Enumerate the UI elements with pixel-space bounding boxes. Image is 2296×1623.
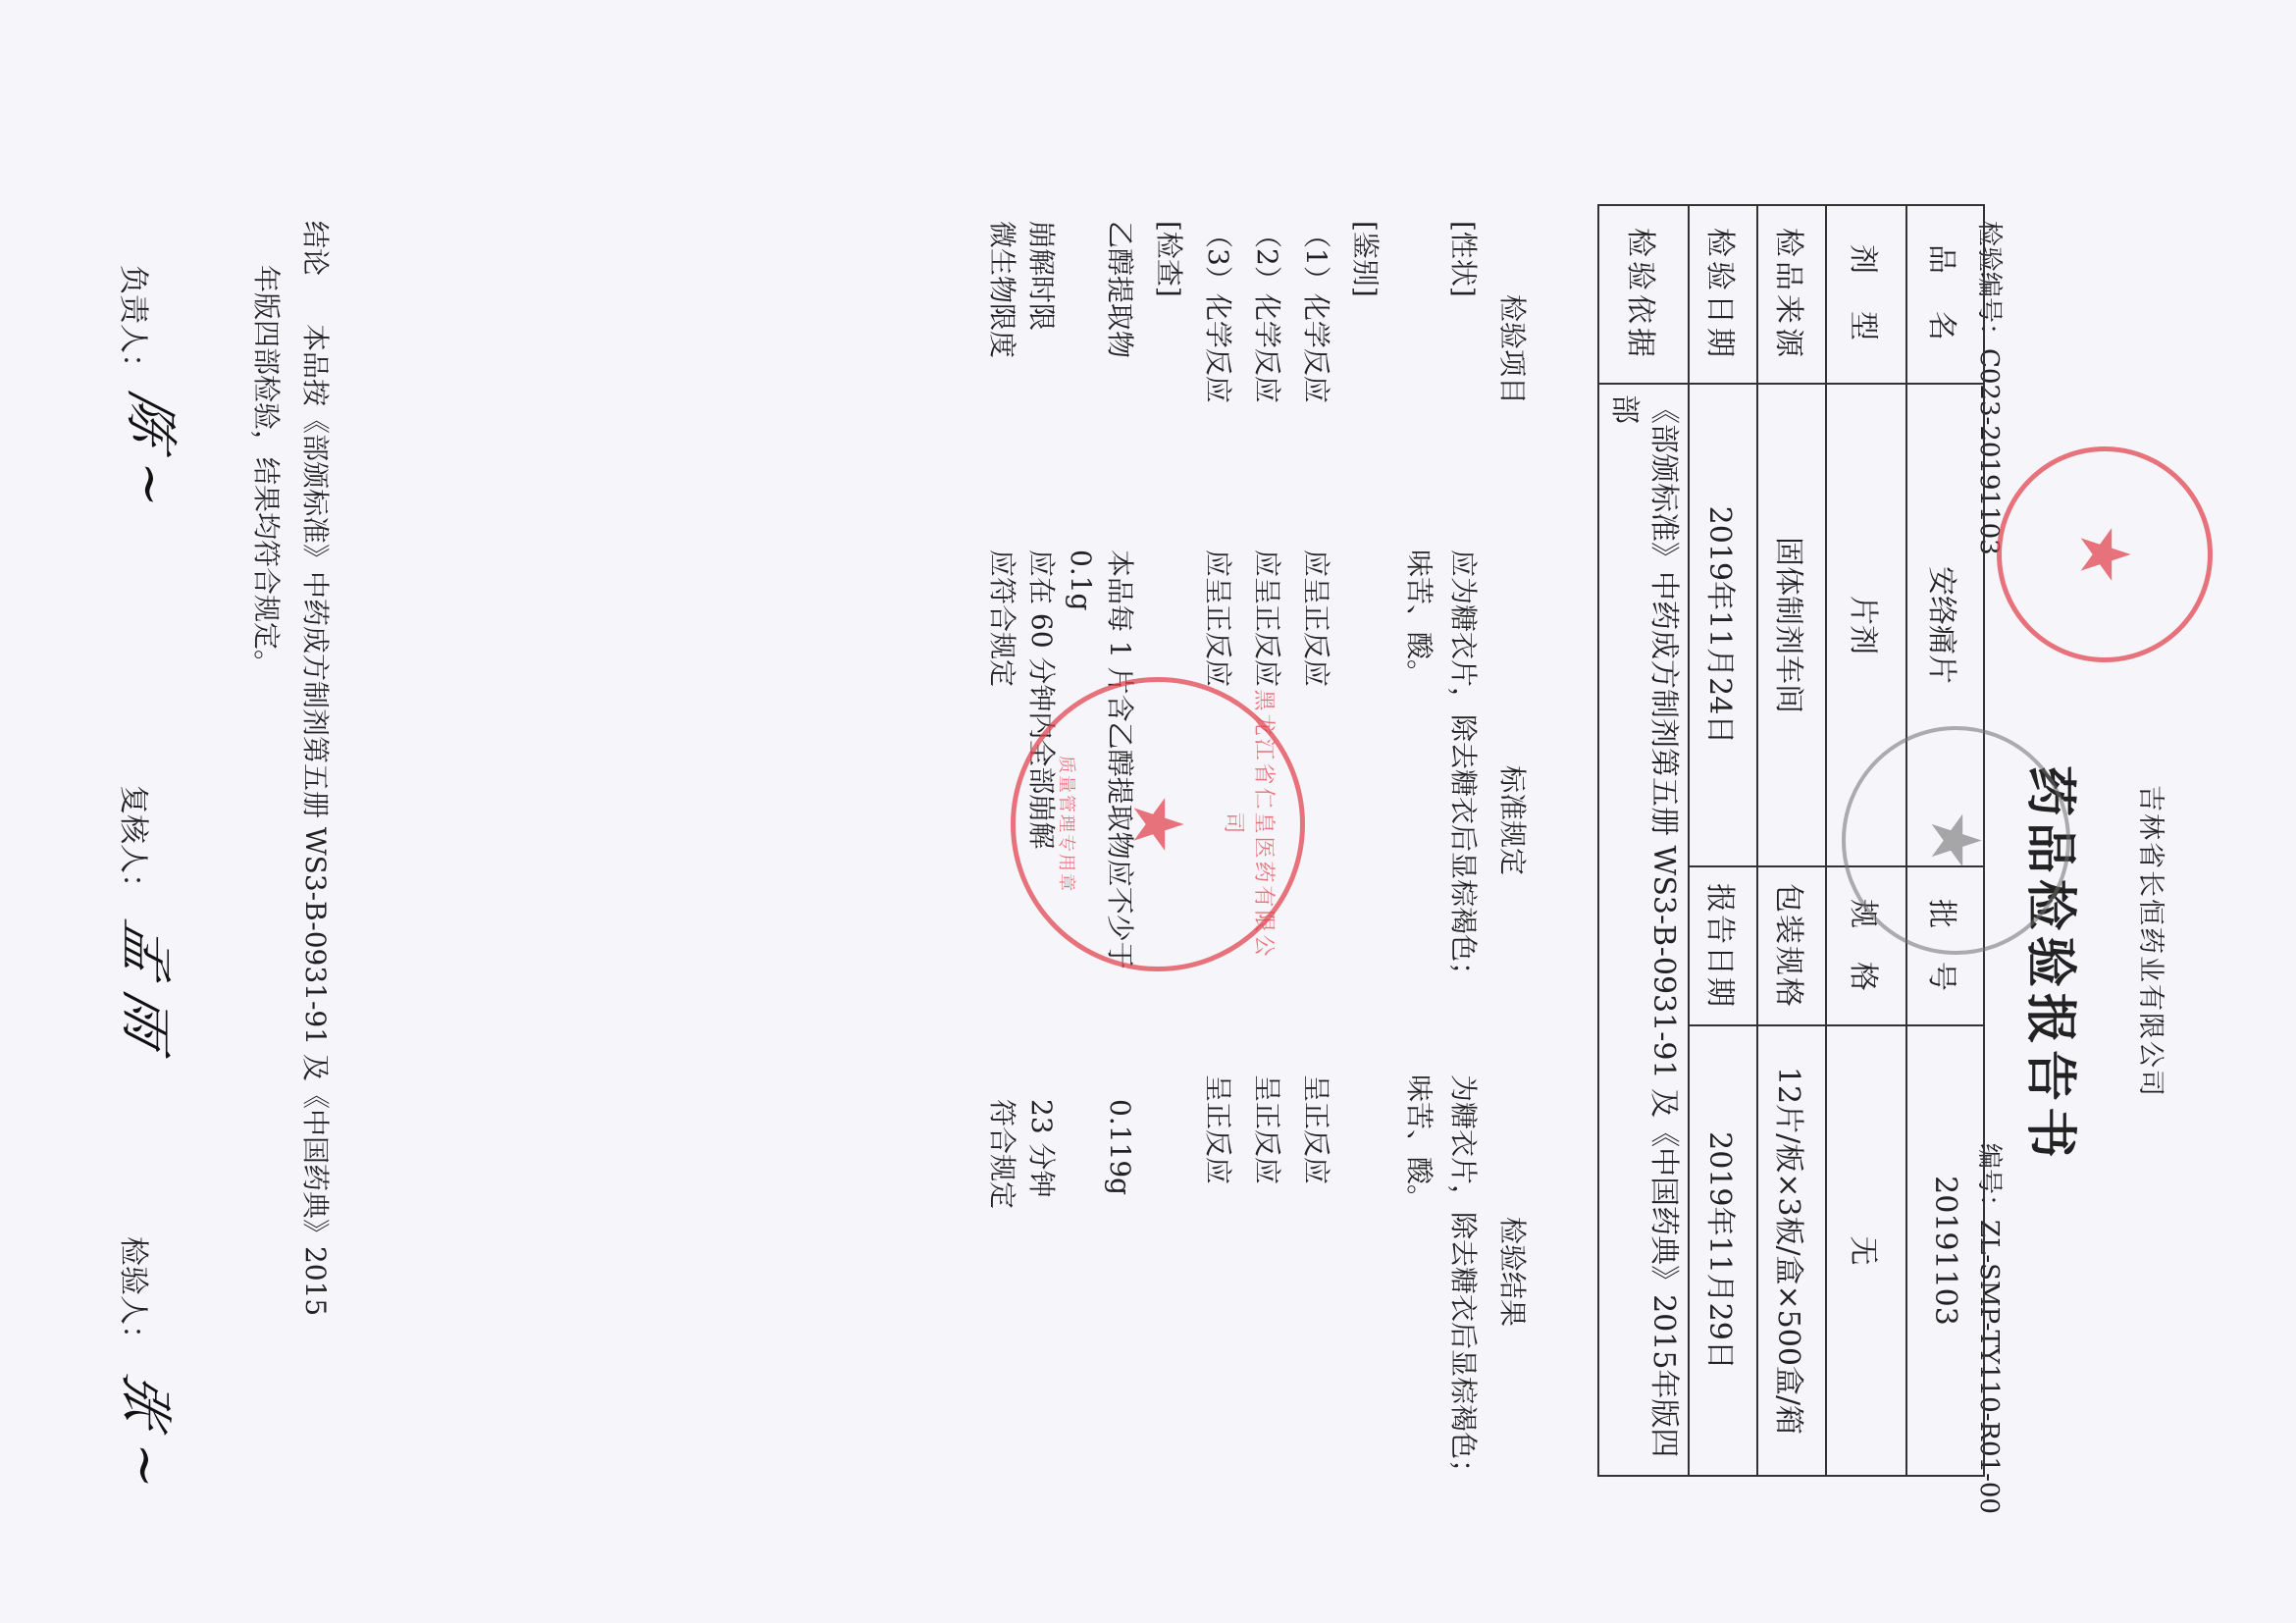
section-heading-identification: [鉴别] [1351, 221, 1379, 297]
source-label: 检品来源 [1757, 205, 1826, 384]
appearance-standard-line1: 应为糖衣片，除去糖衣后显棕褐色； [1449, 550, 1477, 989]
identification-item-1: （1）化学反应 [1302, 221, 1330, 403]
reviewer-signature: 孟 雨 [119, 916, 172, 1053]
conclusion-line1: 本品按《部颁标准》中药成方制剂第五册 WS3-B-0931-91 及《中国药典》… [301, 324, 329, 1316]
ethanol-result: 0.119g [1106, 1099, 1133, 1195]
company-name: 吉林省长恒药业有限公司 [2137, 785, 2164, 1098]
dosage-form-label: 剂 型 [1826, 205, 1906, 384]
inspector-signature: 张 ~ [119, 1367, 172, 1495]
packaging-value: 12片/板×3板/盒×500盒/箱 [1757, 1025, 1826, 1476]
identification-standard-3: 应呈正反应 [1204, 550, 1231, 687]
table-row: 检品来源 固体制剂车间 包装规格 12片/板×3板/盒×500盒/箱 [1757, 205, 1826, 1476]
packaging-label: 包装规格 [1757, 866, 1826, 1025]
identification-standard-1: 应呈正反应 [1302, 550, 1330, 687]
microbial-standard: 应符合规定 [988, 550, 1016, 687]
inspection-item-ethanol: 乙醇提取物 [1106, 221, 1133, 358]
report-date-label: 报告日期 [1689, 866, 1757, 1025]
source-value: 固体制剂车间 [1757, 384, 1826, 866]
star-icon: ★ [1922, 810, 1991, 871]
responsible-label: 负责人： [118, 265, 147, 383]
identification-result-2: 呈正反应 [1253, 1074, 1280, 1184]
column-header-result: 检验结果 [1498, 1217, 1526, 1327]
inspection-item-microbial: 微生物限度 [988, 221, 1016, 358]
report-date-value: 2019年11月29日 [1689, 1025, 1757, 1476]
table-row: 检验日期 2019年11月24日 报告日期 2019年11月29日 [1689, 205, 1757, 1476]
company-red-stamp: ★ [1997, 446, 2213, 662]
basis-value: 《部颁标准》中药成方制剂第五册 WS3-B-0931-91 及《中国药典》201… [1598, 384, 1689, 1476]
identification-item-3: （3）化学反应 [1204, 221, 1231, 403]
star-icon: ★ [1123, 794, 1192, 856]
ethanol-standard-line2: 0.1g [1067, 550, 1094, 610]
basis-label: 检验依据 [1598, 205, 1689, 384]
batch-value: 20191103 [1906, 1025, 1984, 1476]
company-gray-stamp: ★ [1842, 726, 2070, 955]
inspector-label: 检验人： [118, 1236, 147, 1354]
star-icon: ★ [2070, 524, 2139, 586]
section-heading-appearance: [性状] [1449, 221, 1477, 297]
identification-result-1: 呈正反应 [1302, 1074, 1330, 1184]
column-header-item: 检验项目 [1498, 294, 1526, 404]
identification-standard-2: 应呈正反应 [1253, 550, 1280, 687]
responsible-signature: 陈 ~ [124, 386, 177, 514]
disintegration-result: 23 分钟 [1027, 1099, 1055, 1198]
stamp-inner-text: 质量管理专用章 [1055, 682, 1080, 967]
microbial-result: 符合规定 [988, 1099, 1016, 1209]
appearance-standard-line2: 味苦、酸。 [1405, 550, 1433, 687]
quality-management-stamp: 黑龙江省仁皇医药有限公司 ★ 质量管理专用章 [1011, 677, 1305, 971]
test-date-label: 检验日期 [1689, 205, 1757, 384]
test-date-value: 2019年11月24日 [1689, 384, 1757, 866]
appearance-result-line1: 为糖衣片，除去糖衣后显棕褐色； [1449, 1074, 1477, 1487]
identification-item-2: （2）化学反应 [1253, 221, 1280, 403]
identification-result-3: 呈正反应 [1204, 1074, 1231, 1184]
inspection-report-page: 吉林省长恒药业有限公司 药品检验报告书 检验编号：C023-20191103 编… [0, 0, 2296, 1623]
scanned-document-viewport: 吉林省长恒药业有限公司 药品检验报告书 检验编号：C023-20191103 编… [0, 0, 2296, 1623]
appearance-result-line2: 味苦、酸。 [1405, 1074, 1433, 1212]
reviewer-label: 复核人： [118, 785, 147, 903]
section-heading-inspection: [检查] [1155, 221, 1182, 297]
stamp-ring-text: 黑龙江省仁皇医药有限公司 [1220, 682, 1280, 967]
inspection-item-disintegration: 崩解时限 [1027, 221, 1055, 331]
conclusion-line2: 年版四部检验，结果均符合规定。 [252, 265, 280, 677]
spec-value: 无 [1826, 1025, 1906, 1476]
product-name-label: 品 名 [1906, 205, 1984, 384]
conclusion-label: 结论 [301, 221, 329, 276]
table-row: 检验依据 《部颁标准》中药成方制剂第五册 WS3-B-0931-91 及《中国药… [1598, 205, 1689, 1476]
column-header-standard: 标准规定 [1498, 765, 1526, 875]
